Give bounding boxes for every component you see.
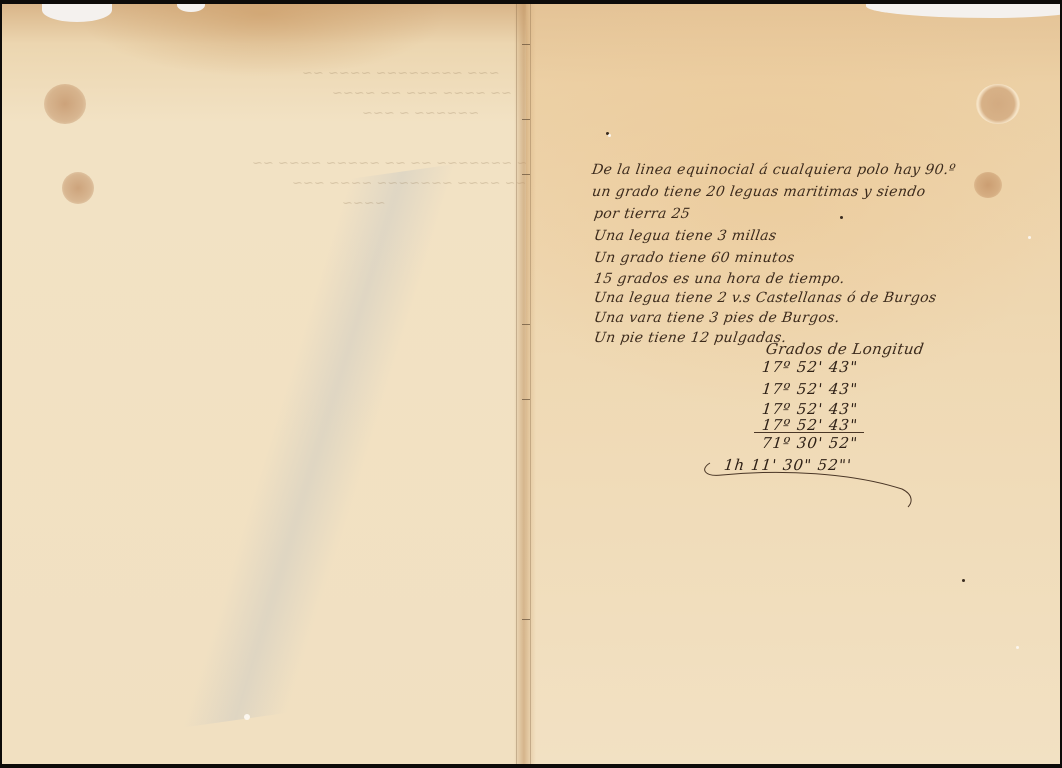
stain (62, 172, 94, 204)
handwritten-line: Un pie tiene 12 pulgadas. (593, 330, 788, 346)
ink-speck (962, 579, 965, 582)
stitch-mark (522, 119, 530, 120)
stain (44, 84, 86, 124)
ink-speck (840, 216, 843, 219)
bleed-through-text: ~~~ ~~~~~~~~ ~~~~ ~~ (302, 66, 500, 81)
sum-underline (754, 432, 864, 433)
stitch-mark (522, 174, 530, 175)
water-damage-streak (88, 157, 526, 730)
handwritten-line: Un grado tiene 60 minutos (593, 250, 796, 266)
longitude-row: 17º 52' 43" (761, 358, 859, 376)
handwritten-line: un grado tiene 20 leguas maritimas y sie… (591, 184, 927, 200)
bleed-through-text: ~~ ~~ ~~~~ ~~~~~~~ ~~~~ ~~~ (292, 176, 526, 191)
handwritten-line: por tierra 25 (593, 206, 691, 222)
stain (974, 172, 1002, 198)
left-page: ~~~ ~~~~~~~~ ~~~~ ~~ ~~ ~~~~ ~~~ ~~ ~~~~… (2, 4, 526, 764)
longitude-row: 17º 52' 43" (761, 380, 859, 398)
pen-flourish (702, 459, 922, 519)
handwritten-line: Una vara tiene 3 pies de Burgos. (593, 310, 841, 326)
paper-hole (1016, 646, 1019, 649)
torn-edge (866, 4, 1060, 18)
torn-edge (42, 4, 112, 22)
fold-line (516, 4, 517, 764)
handwritten-line: 15 grados es una hora de tiempo. (593, 271, 846, 287)
manuscript-spread: ~~~ ~~~~~~~~ ~~~~ ~~ ~~ ~~~~ ~~~ ~~ ~~~~… (2, 4, 1060, 764)
fold-line (530, 4, 531, 764)
handwritten-line: Una legua tiene 2 v.s Castellanas ó de B… (593, 290, 938, 306)
torn-edge (177, 4, 205, 12)
stitch-mark (522, 324, 530, 325)
stain (976, 84, 1020, 124)
longitude-heading: Grados de Longitud (765, 340, 926, 358)
stitch-mark (522, 619, 530, 620)
bleed-through-text: ~~~ ~~~~~~~ ~~ ~~ ~~~~~ ~~~~ ~~ (252, 156, 526, 171)
stitch-mark (522, 44, 530, 45)
handwritten-line: Una legua tiene 3 millas (593, 228, 778, 244)
paper-hole (608, 134, 611, 137)
paper-hole (1028, 236, 1031, 239)
bleed-through-text: ~~ ~~~~ ~~~ ~~ ~~~~ (332, 86, 512, 101)
bleed-through-text: ~~~~ (342, 196, 386, 211)
paper-hole (244, 714, 250, 720)
bleed-through-text: ~~~~~~ ~ ~~~ (362, 106, 479, 121)
book-gutter (514, 4, 536, 764)
longitude-total: 71º 30' 52" (761, 434, 859, 452)
handwritten-line: De la linea equinocial á cualquiera polo… (591, 162, 957, 178)
stitch-mark (522, 399, 530, 400)
